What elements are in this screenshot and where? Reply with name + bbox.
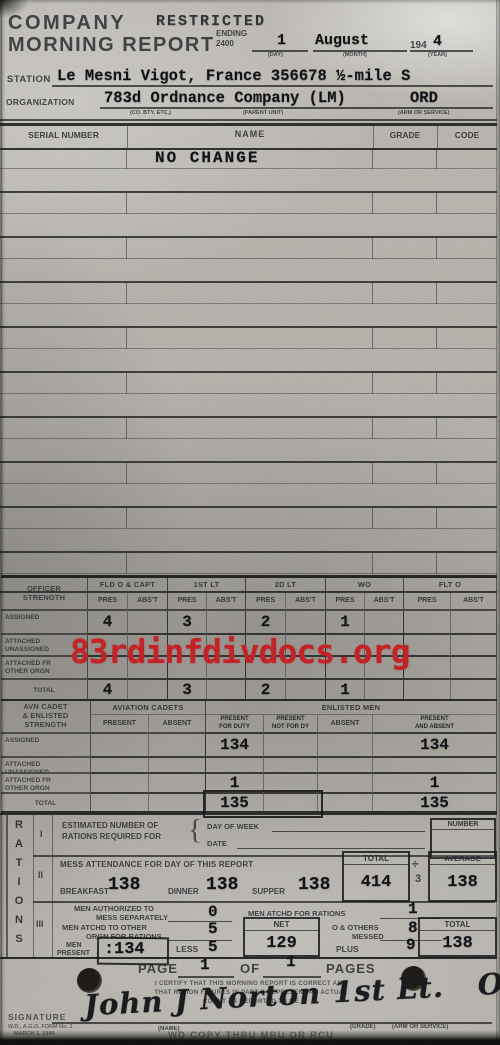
officer-row-label: TOTAL <box>1 680 88 699</box>
signature-grade: 1st Lt. <box>332 970 445 1010</box>
roster-col-code: CODE <box>437 130 497 140</box>
net-box: NET 129 <box>243 917 320 957</box>
officer-subheader: PRES <box>168 592 207 611</box>
mess-total-label: TOTAL <box>344 853 408 865</box>
net-label: NET <box>245 919 318 931</box>
enlisted-value-cell: 134 <box>206 734 264 758</box>
enlisted-value-cell <box>318 794 373 811</box>
part2-numeral: II <box>38 870 43 880</box>
officer-value-cell: 1 <box>326 680 365 699</box>
atchd-other-value: 5 <box>208 920 218 938</box>
rations-required-label: RATIONS REQUIRED FOR <box>62 832 161 841</box>
column-divider <box>437 126 438 148</box>
date-label: DATE <box>207 839 227 848</box>
officer-subheader: ABS'T <box>207 592 246 611</box>
signature-branch: Ord. <box>477 964 500 1002</box>
of-label: OF <box>240 961 260 976</box>
subheader-line: FOR DUTY <box>219 724 250 731</box>
rations-divider <box>52 815 53 957</box>
roster-col-serial: SERIAL NUMBER <box>0 130 127 140</box>
enlisted-subheader: PRESENTFOR DUTY <box>206 715 264 734</box>
roster-row-upper: NO CHANGE <box>0 148 497 169</box>
subheader-line: PRESENT <box>103 720 136 727</box>
enlisted-subheader: ABSENT <box>149 715 206 734</box>
organization-field: 783d Ordnance Company (LM) <box>104 89 346 107</box>
roster-empty-row <box>0 463 497 508</box>
officer-group-header: 1ST LT <box>168 578 246 592</box>
officer-value-cell <box>404 611 451 635</box>
number-box-label: NUMBER <box>432 820 494 830</box>
officer-value-cell <box>451 635 497 657</box>
enlisted-value-cell <box>91 794 149 811</box>
officer-table-title: OFFICER STRENGTH <box>1 578 88 611</box>
officer-value-cell <box>207 680 246 699</box>
signature-label: SIGNATURE <box>8 1012 66 1022</box>
supper-value: 138 <box>298 875 330 895</box>
rations-section: R A T I O N S I II III ESTIMATED NUMBER … <box>0 813 497 959</box>
roster-row-upper <box>0 193 497 214</box>
plus-label: PLUS <box>336 944 359 954</box>
ending-time: 2400 <box>216 39 234 48</box>
auth-mess-label: MESS SEPARATELY <box>96 913 168 922</box>
officer-group-header: WO <box>326 578 404 592</box>
enlisted-subheader: PRESENTNOT FOR DY <box>264 715 318 734</box>
service-caption: (ARM OR SERVICE) <box>392 1024 448 1030</box>
row-label-line: ATTACHED FR <box>5 777 51 785</box>
year-caption: (YEAR) <box>428 52 447 58</box>
grade-caption: (GRADE) <box>350 1024 376 1030</box>
day-of-week-underline <box>272 831 425 832</box>
average-value: 138 <box>430 865 495 900</box>
enlisted-value-cell <box>149 794 206 811</box>
officer-subheader: PRES <box>246 592 286 611</box>
roster-empty-row <box>0 508 497 553</box>
roster-col-name: NAME <box>127 129 373 139</box>
cadets-group-header: AVIATION CADETS <box>91 701 206 715</box>
enlisted-value-cell <box>91 734 149 758</box>
enlisted-value-cell <box>318 758 373 774</box>
men-present-label: PRESENT <box>57 950 90 957</box>
officer-value-cell <box>286 680 326 699</box>
roster-empty-row <box>0 283 497 328</box>
roster-empty-row <box>0 418 497 463</box>
archive-watermark: 83rdinfdivdocs.org <box>70 632 410 671</box>
rations-letter: O <box>8 895 30 907</box>
station-underline <box>52 85 493 87</box>
officer-group-header: FLD O & CAPT <box>88 578 168 592</box>
officer-group-header: FLT O <box>404 578 497 592</box>
roster-entry-row: NO CHANGE <box>0 148 497 193</box>
officer-value-cell <box>451 657 497 680</box>
officer-value-cell: 2 <box>246 680 286 699</box>
officer-value-cell <box>365 680 404 699</box>
less-label: LESS <box>176 944 198 954</box>
roster-empty-row <box>0 328 497 373</box>
form-title-line2: MORNING REPORT <box>8 34 215 57</box>
enlisted-title-line: STRENGTH <box>24 721 66 730</box>
roster-row-upper <box>0 328 497 349</box>
officer-value-cell: 4 <box>88 680 128 699</box>
officer-value-cell <box>451 680 497 699</box>
month-field: August <box>315 32 369 49</box>
paper-edge <box>1 0 2 1045</box>
subheader-line: ABSENT <box>163 720 192 727</box>
average-label: AVERAGE <box>430 853 495 865</box>
enlisted-subheader: PRESENTAND ABSENT <box>373 715 497 734</box>
atchd-other-underline <box>168 940 232 941</box>
rations-required-label: ESTIMATED NUMBER OF <box>62 821 158 830</box>
part1-divider <box>33 855 495 857</box>
roster-empty-row <box>0 193 497 238</box>
subheader-line: PRESENT <box>220 716 248 723</box>
enlisted-value-cell: 134 <box>373 734 497 758</box>
breakfast-value: 138 <box>108 875 140 895</box>
roster-row-upper <box>0 373 497 394</box>
net-value: 129 <box>245 931 318 955</box>
mess-total-value: 414 <box>344 865 408 900</box>
others-messed-label: O & OTHERS <box>332 923 379 932</box>
enlisted-subheader: PRESENT <box>91 715 149 734</box>
branch-field: ORD <box>410 89 438 107</box>
officer-subheader: PRES <box>404 592 451 611</box>
rations-letter: A <box>8 838 30 850</box>
day-caption: (DAY) <box>268 52 283 58</box>
brace-glyph: { <box>188 814 202 847</box>
officer-subheader: ABS'T <box>286 592 326 611</box>
enlisted-value-cell <box>318 774 373 794</box>
auth-mess-label: MEN AUTHORIZED TO <box>74 904 154 913</box>
paper-edge <box>496 0 497 1045</box>
row-label-line: TOTAL <box>35 800 56 808</box>
enlisted-value-cell: 1 <box>373 774 497 794</box>
row-label-line: OTHER ORGN <box>5 785 50 793</box>
enlisted-value-cell <box>264 734 318 758</box>
dinner-value: 138 <box>206 875 238 895</box>
men-present-value: 134 <box>114 940 145 959</box>
row-label-line: TOTAL <box>33 687 54 695</box>
enlisted-row-label: ATTACHEDUNASSIGNED <box>1 758 91 774</box>
part2-divider <box>33 901 495 903</box>
form-id-line: W.D., A.G.O. FORM No. 1 <box>8 1024 73 1030</box>
enlisted-value-cell <box>318 734 373 758</box>
enlisted-value-cell <box>149 758 206 774</box>
enlisted-value-cell <box>149 734 206 758</box>
pages-total: 1 <box>286 953 296 971</box>
row-label-line: UNASSIGNED <box>5 646 49 654</box>
subheader-line: NOT FOR DY <box>272 724 309 731</box>
enlisted-value-cell <box>91 774 149 794</box>
men-present-label: MEN <box>66 942 82 949</box>
subheader-line: AND ABSENT <box>415 724 454 731</box>
page-label: PAGE <box>138 961 178 976</box>
service-caption: (ARM OR SERVICE) <box>398 110 450 116</box>
officer-subheader: PRES <box>326 592 365 611</box>
enlisted-value-cell <box>91 758 149 774</box>
enlisted-group-header: ENLISTED MEN <box>206 701 497 715</box>
divide-by: 3 <box>415 873 421 885</box>
enlisted-row-label: ATTACHED FROTHER ORGN <box>1 774 91 794</box>
parent-caption: (PARENT UNIT) <box>243 110 283 116</box>
supper-label: SUPPER <box>252 887 285 896</box>
date-underline <box>237 848 425 849</box>
form-paper: COMPANY RESTRICTED MORNING REPORT ENDING… <box>0 0 500 1045</box>
officer-subheader: ABS'T <box>365 592 404 611</box>
mess-attendance-heading: MESS ATTENDANCE FOR DAY OF THIS REPORT <box>60 860 253 869</box>
row-label-line: OTHER ORGN <box>5 668 50 676</box>
station-label: STATION <box>7 74 51 85</box>
unit-caption: (CO. BTY. ETC.) <box>130 110 171 116</box>
roster-col-grade: GRADE <box>373 130 437 140</box>
day-of-week-label: DAY OF WEEK <box>207 822 259 831</box>
form-id-line: MARCH 1, 1944 <box>14 1031 54 1037</box>
others-messed-label: MESSED <box>352 932 384 941</box>
year-field: 4 <box>433 33 442 50</box>
roster-header-row: SERIAL NUMBER NAME GRADE CODE <box>0 126 497 150</box>
enlisted-row-label: ASSIGNED <box>1 734 91 758</box>
average-box: AVERAGE 138 <box>428 851 497 902</box>
others-messed-value: 8 <box>408 919 418 937</box>
officer-title-line: STRENGTH <box>23 594 65 603</box>
rations-letter: I <box>8 876 30 888</box>
roster-row-upper <box>0 238 497 259</box>
rations-letter: R <box>8 819 30 831</box>
page-underline <box>178 976 234 978</box>
row-label-line: ATTACHED <box>5 761 40 769</box>
officer-value-cell <box>404 657 451 680</box>
men-present-prefix: : <box>104 940 114 959</box>
auth-underline <box>168 921 232 922</box>
rations-total-box: TOTAL 138 <box>418 917 497 957</box>
classification-stamp: RESTRICTED <box>156 13 266 30</box>
enlisted-table-title: AVN CADET & ENLISTED STRENGTH <box>1 701 91 734</box>
plus-value: 9 <box>406 936 416 954</box>
dinner-label: DINNER <box>168 887 199 896</box>
less-value: 5 <box>208 938 218 956</box>
rations-letter: T <box>8 857 30 869</box>
form-title-line1: COMPANY <box>8 12 126 35</box>
copy-routing-note: WD COPY THRU MRU OR RCU <box>168 1030 334 1041</box>
month-caption: (MONTH) <box>343 52 367 58</box>
divide-sign: ÷ <box>412 857 419 871</box>
row-label-line: ATTACHED FR <box>5 660 51 668</box>
roster-row-upper <box>0 463 497 484</box>
day-field: 1 <box>277 32 286 49</box>
rations-letter: S <box>8 933 30 945</box>
subheader-line: PRESENT <box>420 716 448 723</box>
organization-label: ORGANIZATION <box>6 97 75 107</box>
roster-records: NO CHANGE <box>0 148 497 593</box>
roster-row-upper <box>0 508 497 529</box>
station-field: Le Mesni Vigot, France 356678 ½-mile S <box>57 67 410 85</box>
officer-value-cell: 3 <box>168 680 207 699</box>
row-label-line: ASSIGNED <box>5 737 39 745</box>
enlisted-subheader: ABSENT <box>318 715 373 734</box>
officer-subheader: ABS'T <box>128 592 168 611</box>
rations-divider <box>33 815 34 957</box>
hand-drawn-total-box <box>203 790 323 818</box>
enlisted-value-cell <box>206 758 264 774</box>
enlisted-row-label: TOTAL <box>1 794 91 811</box>
officer-subheader: PRES <box>88 592 128 611</box>
officer-value-cell <box>404 635 451 657</box>
column-divider <box>127 126 128 148</box>
page-number: 1 <box>200 956 210 974</box>
column-divider <box>373 126 374 148</box>
enlisted-value-cell <box>264 758 318 774</box>
organization-underline <box>100 107 493 109</box>
officer-value-cell <box>404 680 451 699</box>
officer-value-cell <box>451 611 497 635</box>
enlisted-value-cell <box>373 758 497 774</box>
officer-value-cell <box>128 680 168 699</box>
part1-numeral: I <box>40 829 43 839</box>
roster-row-upper <box>0 553 497 574</box>
header-rule-thin <box>0 119 497 121</box>
rations-letter: N <box>8 914 30 926</box>
roster-row-upper <box>0 283 497 304</box>
roster-empty-row <box>0 238 497 283</box>
scanned-morning-report: COMPANY RESTRICTED MORNING REPORT ENDING… <box>0 0 500 1045</box>
roster-empty-row <box>0 373 497 418</box>
part3-numeral: III <box>36 919 44 929</box>
rations-total-value: 138 <box>420 931 495 955</box>
atchd-other-label: MEN ATCHD TO OTHER <box>62 923 147 932</box>
enlisted-value-cell: 135 <box>373 794 497 811</box>
subheader-line: ABSENT <box>331 720 360 727</box>
breakfast-label: BREAKFAST <box>60 887 109 896</box>
rations-total-label: TOTAL <box>420 919 495 931</box>
subheader-line: PRESENT <box>276 716 304 723</box>
ending-label: ENDING <box>216 29 247 38</box>
roster-row-upper <box>0 418 497 439</box>
row-label-line: ATTACHED <box>5 638 40 646</box>
row-label-line: ASSIGNED <box>5 614 39 622</box>
officer-group-header: 2D LT <box>246 578 326 592</box>
atchd-rations-value: 1 <box>408 900 418 918</box>
mess-total-box: TOTAL 414 <box>342 851 410 902</box>
enlisted-value-cell <box>149 774 206 794</box>
no-change-entry: NO CHANGE <box>155 149 259 167</box>
auth-mess-value: 0 <box>208 903 218 921</box>
officer-subheader: ABS'T <box>451 592 497 611</box>
